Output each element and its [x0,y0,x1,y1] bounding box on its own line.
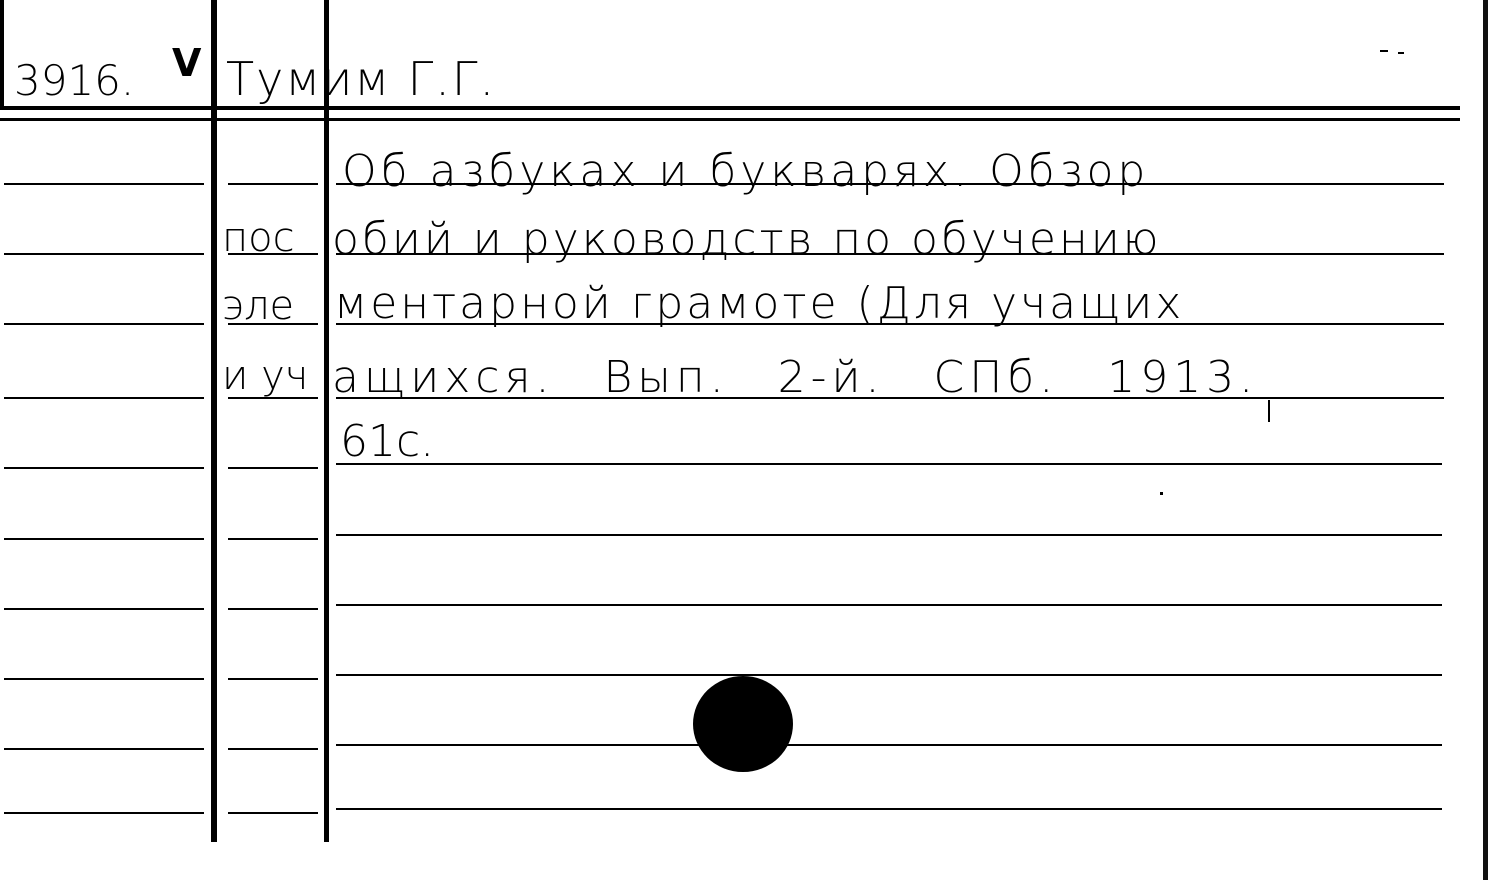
ruled-line-middle [228,538,318,540]
ruled-line-middle [228,748,318,750]
ruled-line-left [4,183,204,185]
ruled-line-main [336,674,1442,676]
title-line-4: ащихся. Вып. 2-й. СПб. 1913. [332,356,1258,400]
pagination-line: 61с. [340,420,434,464]
ruled-line-left [4,467,204,469]
margin-line-left [211,0,217,842]
ruled-line-middle [228,467,318,469]
ruled-line-main [336,744,1442,746]
ruled-line-main [336,808,1442,810]
title-line-3: ментарной грамоте (Для учащих [334,282,1184,326]
catalog-card: 3916. V Тумим Г.Г. Об азбуках и букварях… [0,0,1488,880]
ruled-line-main [336,463,1442,465]
title-line-3-indent: эле [222,286,294,326]
ruled-line-middle [228,678,318,680]
ruled-line-middle [228,608,318,610]
ruled-line-left [4,748,204,750]
title-line-2-indent: пос [222,218,295,258]
scan-speck [1380,50,1388,52]
scan-speck [1268,400,1270,422]
card-punch-hole [693,676,793,772]
ruled-line-main [336,534,1442,536]
ruled-line-middle [228,183,318,185]
author-heading: Тумим Г.Г. [226,56,496,102]
ruled-line-middle [228,812,318,814]
scan-speck [1160,492,1163,495]
title-line-4-indent: и уч [222,356,308,396]
margin-line-right [324,0,329,842]
ruled-line-main [336,604,1442,606]
scan-speck [1398,52,1404,54]
ruled-line-left [4,397,204,399]
title-line-1: Об азбуках и букварях. Обзор [342,150,1149,194]
check-mark: V [172,44,201,82]
ruled-line-left [4,538,204,540]
ruled-line-left [4,253,204,255]
card-left-edge [0,0,4,108]
ruled-line-left [4,678,204,680]
call-number: 3916. [14,60,134,102]
ruled-line-left [4,323,204,325]
card-right-edge [1483,0,1488,880]
ruled-line-left [4,608,204,610]
ruled-line-left [4,812,204,814]
heading-rule [0,106,1460,110]
heading-rule-2 [0,118,1460,121]
title-line-2: обий и руководств по обучению [332,218,1162,262]
